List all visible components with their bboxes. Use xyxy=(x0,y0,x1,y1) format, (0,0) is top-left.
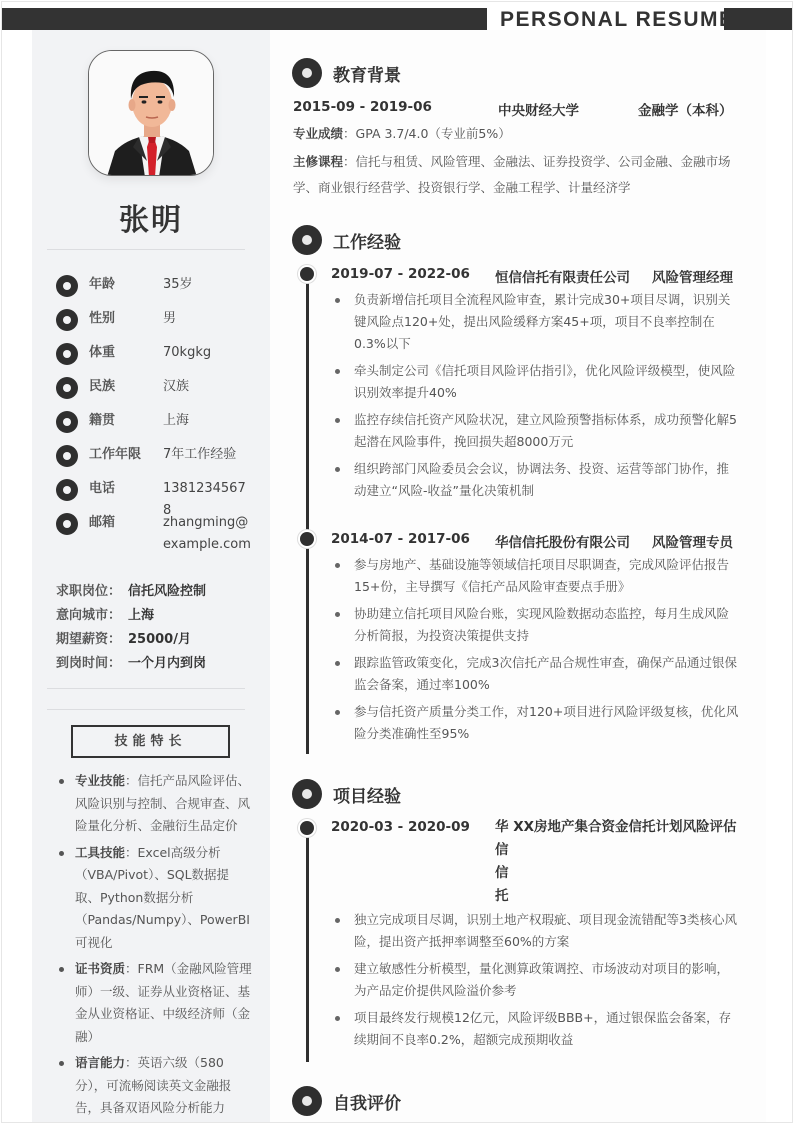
info-row-phone: 电话 13812345678 xyxy=(56,478,256,512)
work-date: 2019-07 - 2022-06 xyxy=(331,266,495,286)
job-intent-label: 到岗时间： xyxy=(56,652,128,676)
ring-icon xyxy=(56,411,78,433)
skill-key: 专业技能 xyxy=(75,773,125,788)
section-title: 工作经验 xyxy=(333,228,401,253)
info-row-gender: 性别 男 xyxy=(56,308,256,342)
resume-title: PERSONAL RESUME xyxy=(500,8,734,30)
skill-item: 证书资质：FRM（金融风险管理师）一级、证券从业资格证、基金从业资格证、中级经济… xyxy=(56,958,252,1048)
info-row-email: 邮箱 zhangming@example.com xyxy=(56,512,256,564)
info-value: 7年工作经验 xyxy=(163,444,253,466)
project-bullet: 建立敏感性分析模型，量化测算政策调控、市场波动对项目的影响，为产品定价提供风险溢… xyxy=(331,958,741,1002)
work-bullet: 参与信托资产质量分类工作，对120+项目进行风险评级复核，优化风险分类准确性至9… xyxy=(331,701,741,745)
job-intent-value: 25000/月 xyxy=(128,628,191,652)
work-bullets: 参与房地产、基础设施等领域信托项目尽职调查，完成风险评估报告15+份，主导撰写《… xyxy=(331,554,741,750)
section-ring-icon xyxy=(292,225,322,255)
main-content: 教育背景 2015-09 - 2019-06 中央财经大学 金融学（本科） 专业… xyxy=(270,30,766,1123)
work-entry-header: 2019-07 - 2022-06 恒信信托有限责任公司 风险管理经理 xyxy=(331,266,741,286)
timeline-dot-icon xyxy=(300,532,314,546)
project-bullet: 独立完成项目尽调，识别土地产权瑕疵、项目现金流错配等3类核心风险，提出资产抵押率… xyxy=(331,909,741,953)
skill-key: 证书资质 xyxy=(75,961,125,976)
project-name-line: 信 xyxy=(495,839,741,862)
divider xyxy=(47,688,245,689)
avatar-portrait-icon xyxy=(89,51,214,176)
education-school: 中央财经大学 xyxy=(498,99,638,119)
project-name: 华 XX房地产集合资金信托计划风险评估 信 信 托 xyxy=(495,816,741,908)
skill-item: 专业技能：信托产品风险评估、风险识别与控制、合规审查、风险量化分析、金融衍生品定… xyxy=(56,770,252,838)
avatar xyxy=(88,50,214,176)
project-name-line: 托 xyxy=(495,885,741,908)
job-intent-label: 期望薪资： xyxy=(56,628,128,652)
work-bullet: 参与房地产、基础设施等领域信托项目尽职调查，完成风险评估报告15+份，主导撰写《… xyxy=(331,554,741,598)
job-intent-value: 一个月内到岗 xyxy=(128,652,206,676)
divider xyxy=(47,709,245,710)
skill-key: 语言能力 xyxy=(75,1055,125,1070)
skill-item: 语言能力：英语六级（580分），可流畅阅读英文金融报告，具备双语风险分析能力 xyxy=(56,1052,252,1120)
ring-icon xyxy=(56,377,78,399)
job-intent-list: 求职岗位： 信托风险控制 意向城市： 上海 期望薪资： 25000/月 到岗时间… xyxy=(56,580,256,676)
project-name-line: 信 xyxy=(495,862,741,885)
ring-icon xyxy=(56,343,78,365)
work-bullets: 负责新增信托项目全流程风险审查，累计完成30+项目尽调，识别关键风险点120+处… xyxy=(331,289,741,507)
work-bullet: 跟踪监管政策变化，完成3次信托产品合规性审查，确保产品通过银保监会备案，通过率1… xyxy=(331,652,741,696)
info-label: 性别 xyxy=(89,308,163,330)
timeline-dot-icon xyxy=(300,267,314,281)
header-bar-left xyxy=(2,8,487,30)
section-title: 自我评价 xyxy=(333,1089,401,1114)
ring-icon xyxy=(56,275,78,297)
info-label: 工作年限 xyxy=(89,444,163,466)
info-label: 民族 xyxy=(89,376,163,398)
job-intent-value: 信托风险控制 xyxy=(128,580,206,604)
header-bar-right xyxy=(724,8,793,30)
candidate-name: 张明 xyxy=(32,195,270,239)
info-value: 男 xyxy=(163,308,253,330)
info-value: 上海 xyxy=(163,410,253,432)
work-company: 恒信信托有限责任公司 xyxy=(495,266,652,286)
info-label: 体重 xyxy=(89,342,163,364)
work-bullet: 牵头制定公司《信托项目风险评估指引》，优化风险评级模型，使风险识别效率提升40% xyxy=(331,360,741,404)
job-intent-label: 求职岗位： xyxy=(56,580,128,604)
job-intent-label: 意向城市： xyxy=(56,604,128,628)
info-label: 年龄 xyxy=(89,274,163,296)
section-work: 工作经验 xyxy=(292,225,401,255)
education-date: 2015-09 - 2019-06 xyxy=(293,99,498,119)
work-bullet: 协助建立信托项目风险台账，实现风险数据动态监控，每月生成风险分析简报，为投资决策… xyxy=(331,603,741,647)
divider xyxy=(47,249,245,250)
job-intent-row: 意向城市： 上海 xyxy=(56,604,256,628)
section-ring-icon xyxy=(292,1086,322,1116)
resume-page: PERSONAL RESUME xyxy=(1,1,793,1123)
personal-info-list: 年龄 35岁 性别 男 体重 70kgkg 民族 汉族 籍贯 上海 xyxy=(56,274,256,564)
info-label: 邮箱 xyxy=(89,512,163,534)
courses-text: ：信托与租赁、风险管理、金融法、证券投资学、公司金融、金融市场学、商业银行经营学… xyxy=(293,154,731,195)
courses-label: 主修课程 xyxy=(293,154,343,169)
work-entry-header: 2014-07 - 2017-06 华信信托股份有限公司 风险管理专员 xyxy=(331,531,741,551)
info-value: 35岁 xyxy=(163,274,253,296)
work-role: 风险管理经理 xyxy=(652,266,733,286)
section-title: 教育背景 xyxy=(333,61,401,86)
ring-icon xyxy=(56,513,78,535)
timeline-dot-icon xyxy=(300,821,314,835)
section-self-evaluation: 自我评价 xyxy=(292,1086,401,1116)
section-ring-icon xyxy=(292,58,322,88)
work-bullet: 负责新增信托项目全流程风险审查，累计完成30+项目尽调，识别关键风险点120+处… xyxy=(331,289,741,355)
education-courses: 主修课程：信托与租赁、风险管理、金融法、证券投资学、公司金融、金融市场学、商业银… xyxy=(293,149,743,201)
work-company: 华信信托股份有限公司 xyxy=(495,531,652,551)
ring-icon xyxy=(56,309,78,331)
project-name-line: 华 XX房地产集合资金信托计划风险评估 xyxy=(495,816,741,839)
work-bullet: 监控存续信托资产风险状况，建立风险预警指标体系，成功预警化解5起潜在风险事件，挽… xyxy=(331,409,741,453)
skill-key: 工具技能 xyxy=(75,845,125,860)
info-row-experience: 工作年限 7年工作经验 xyxy=(56,444,256,478)
skills-list: 专业技能：信托产品风险评估、风险识别与控制、合规审查、风险量化分析、金融衍生品定… xyxy=(56,770,252,1123)
info-value: zhangming@example.com xyxy=(163,512,253,556)
work-date: 2014-07 - 2017-06 xyxy=(331,531,495,551)
job-intent-row: 到岗时间： 一个月内到岗 xyxy=(56,652,256,676)
skills-heading: 技能特长 xyxy=(71,725,230,758)
education-row: 2015-09 - 2019-06 中央财经大学 金融学（本科） xyxy=(293,99,738,119)
work-role: 风险管理专员 xyxy=(652,531,733,551)
job-intent-row: 期望薪资： 25000/月 xyxy=(56,628,256,652)
work-timeline-line xyxy=(306,274,309,754)
job-intent-value: 上海 xyxy=(128,604,154,628)
sidebar: 张明 年龄 35岁 性别 男 体重 70kgkg 民族 汉族 xyxy=(32,30,270,1123)
skill-text: ：Excel高级分析（VBA/Pivot）、SQL数据提取、Python数据分析… xyxy=(75,845,250,950)
section-education: 教育背景 xyxy=(292,58,401,88)
project-bullet: 项目最终发行规模12亿元，风险评级BBB+，通过银保监会备案，存续期间不良率0.… xyxy=(331,1007,741,1051)
info-label: 籍贯 xyxy=(89,410,163,432)
skill-item: 工具技能：Excel高级分析（VBA/Pivot）、SQL数据提取、Python… xyxy=(56,842,252,955)
info-row-hometown: 籍贯 上海 xyxy=(56,410,256,444)
info-row-ethnicity: 民族 汉族 xyxy=(56,376,256,410)
project-bullets: 独立完成项目尽调，识别土地产权瑕疵、项目现金流错配等3类核心风险，提出资产抵押率… xyxy=(331,909,741,1056)
education-gpa: 专业成绩：GPA 3.7/4.0（专业前5%） xyxy=(293,121,743,147)
ring-icon xyxy=(56,479,78,501)
gpa-label: 专业成绩 xyxy=(293,126,343,141)
info-value: 汉族 xyxy=(163,376,253,398)
project-entry-header: 2020-03 - 2020-09 华 XX房地产集合资金信托计划风险评估 信 … xyxy=(331,816,741,908)
section-projects: 项目经验 xyxy=(292,779,401,809)
info-row-weight: 体重 70kgkg xyxy=(56,342,256,376)
gpa-text: ：GPA 3.7/4.0（专业前5%） xyxy=(343,126,511,141)
section-ring-icon xyxy=(292,779,322,809)
project-date: 2020-03 - 2020-09 xyxy=(331,816,495,908)
section-title: 项目经验 xyxy=(333,782,401,807)
project-timeline-line xyxy=(306,828,309,1062)
info-label: 电话 xyxy=(89,478,163,500)
education-major: 金融学（本科） xyxy=(638,99,733,119)
info-value: 70kgkg xyxy=(163,342,253,364)
ring-icon xyxy=(56,445,78,467)
info-row-age: 年龄 35岁 xyxy=(56,274,256,308)
job-intent-row: 求职岗位： 信托风险控制 xyxy=(56,580,256,604)
work-bullet: 组织跨部门风险委员会会议，协调法务、投资、运营等部门协作，推动建立“风险-收益”… xyxy=(331,458,741,502)
